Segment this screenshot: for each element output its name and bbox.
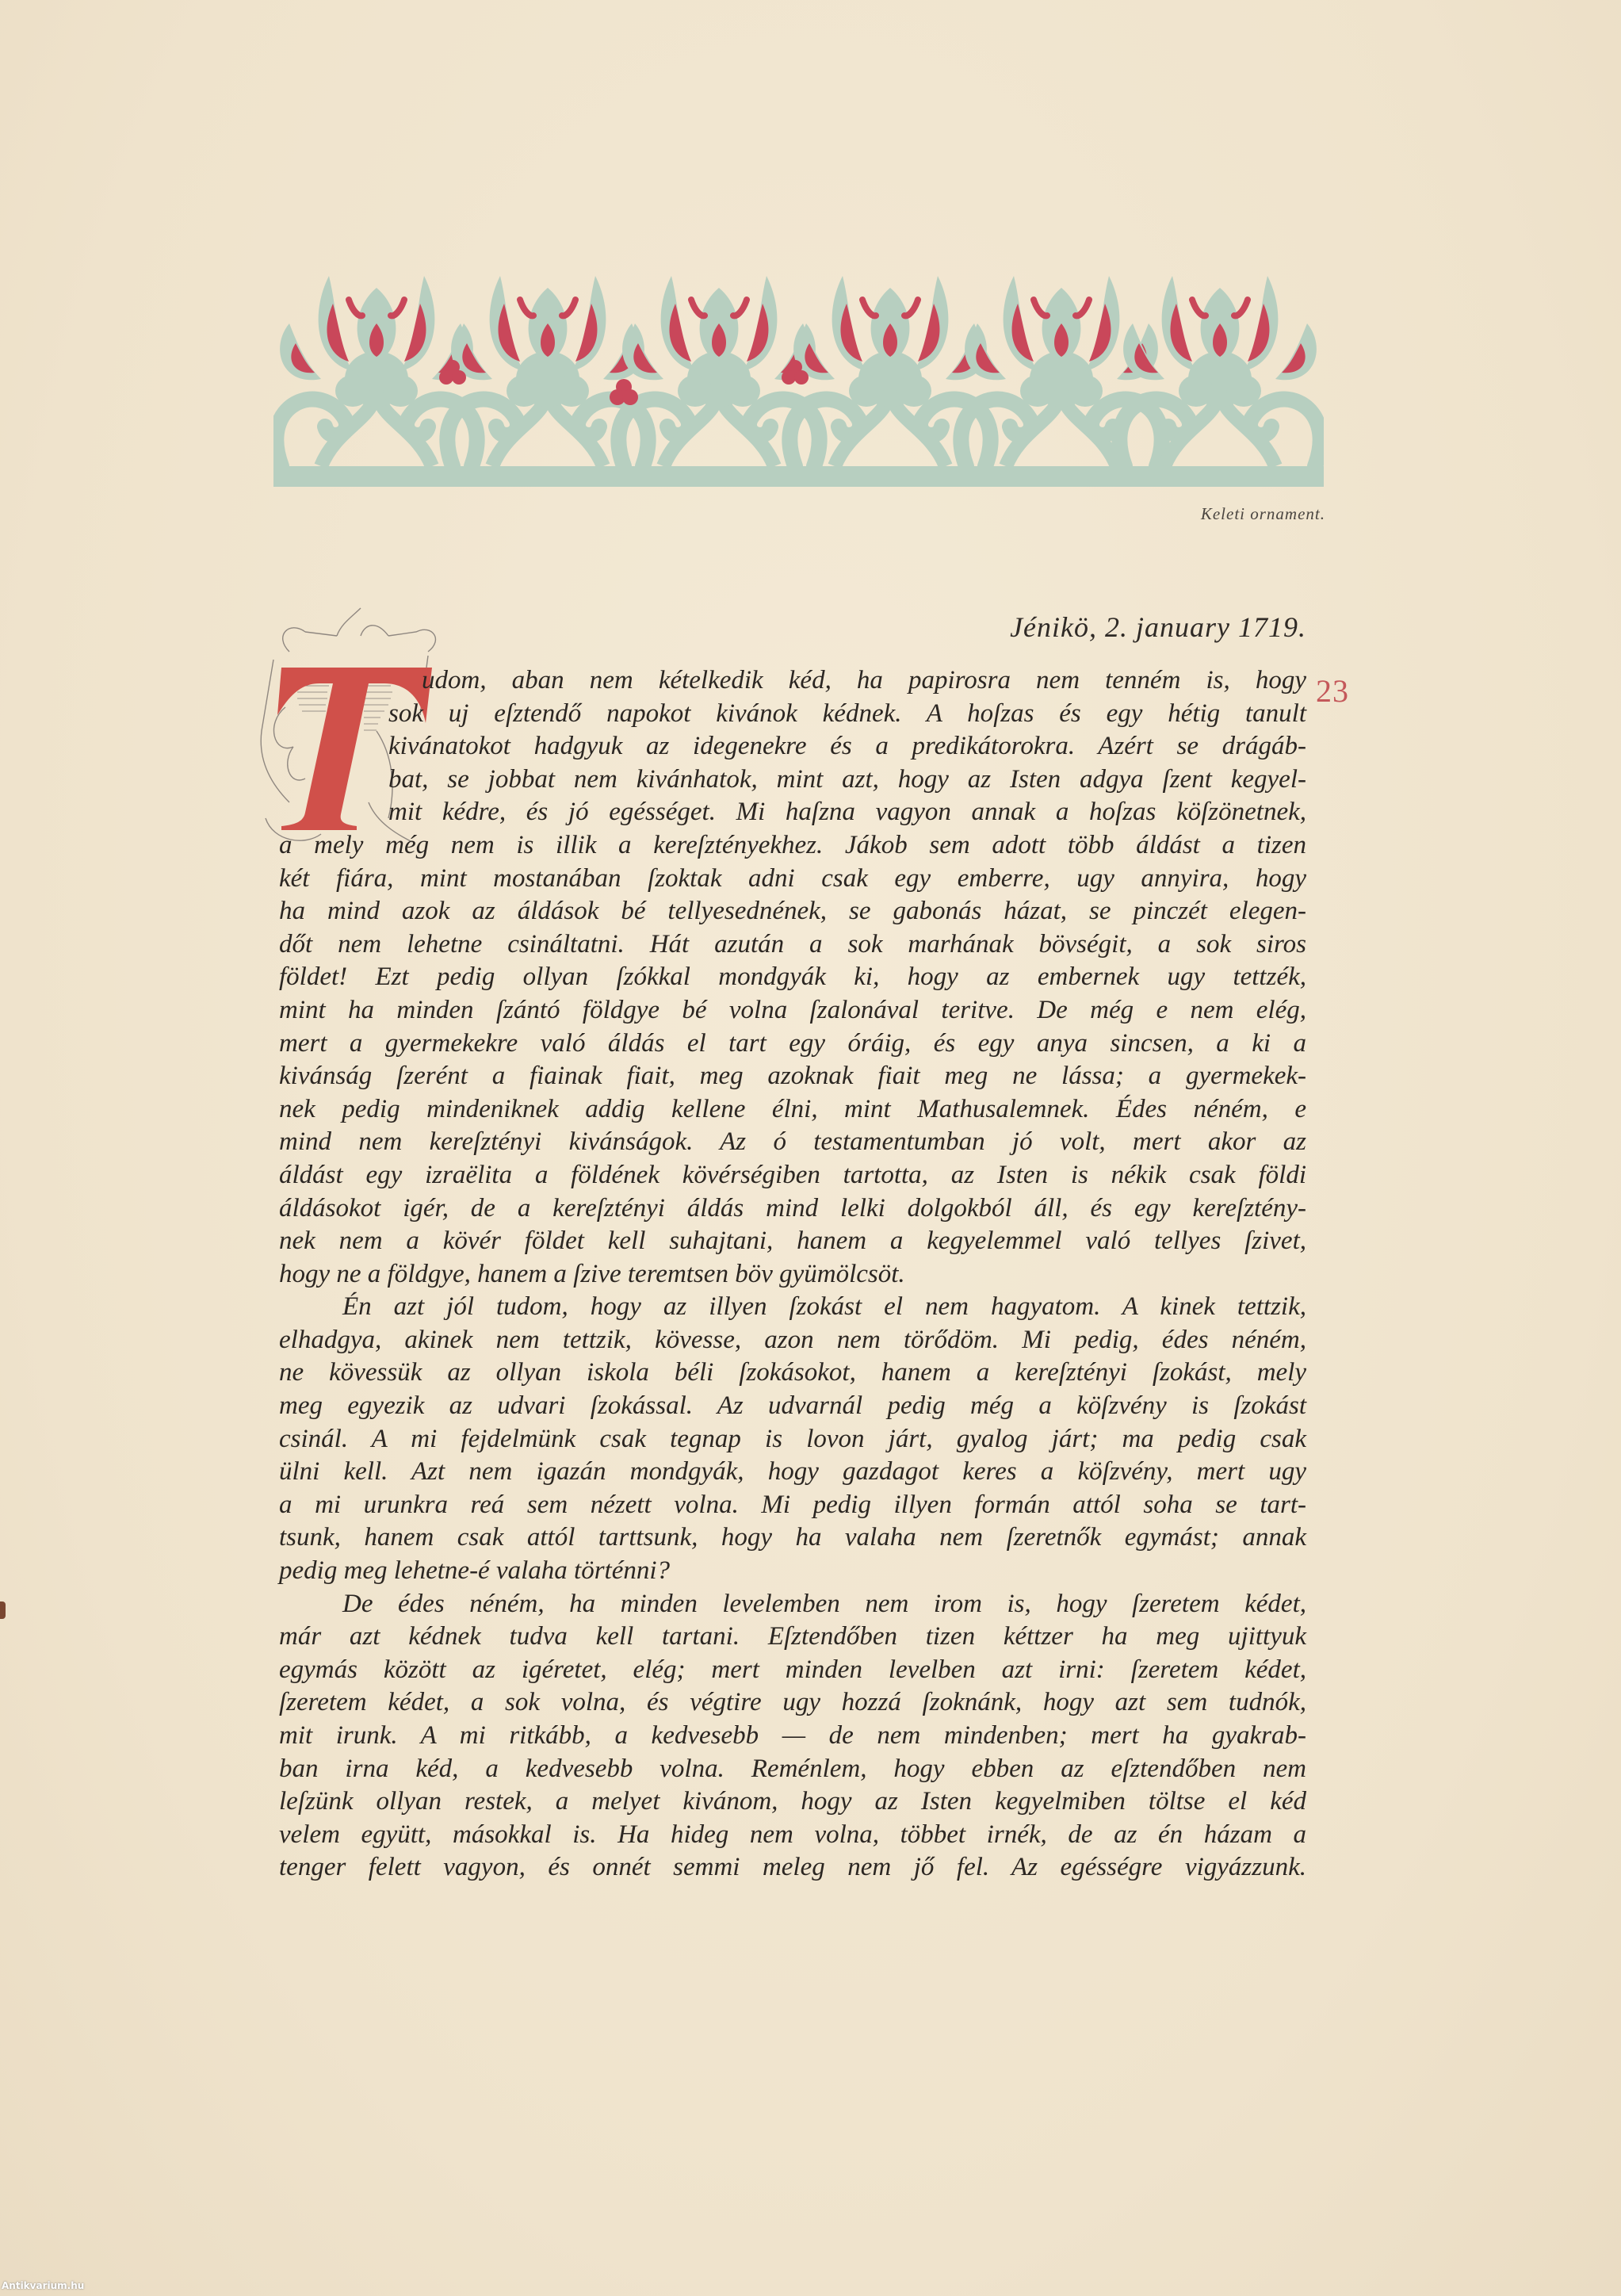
text-line: tenger felett vagyon, és onnét semmi mel…: [279, 1851, 1306, 1885]
text-line: mert a gyermekekre való áldás el tart eg…: [279, 1027, 1306, 1061]
watermark: Antikvarium.hu: [2, 2280, 84, 2291]
text-line: a mi urunkra reá sem nézett volna. Mi pe…: [279, 1489, 1306, 1522]
text-line: nek pedig mindeniknek addig kellene élni…: [279, 1093, 1306, 1127]
ornament-caption: Keleti ornament.: [1157, 504, 1325, 524]
text-line: két fiára, mint mostanában ſzoktak adni …: [279, 863, 1306, 896]
text-line: egymás között az igéretet, elég; mert mi…: [279, 1654, 1306, 1687]
text-line: tsunk, hanem csak attól tarttsunk, hogy …: [279, 1521, 1306, 1555]
text-line: udom, aban nem kételkedik kéd, ha papiro…: [279, 664, 1306, 698]
ornament-base-bar: [273, 466, 1324, 487]
letter-dateline: Jénikö, 2. january 1719.: [872, 610, 1306, 644]
text-line: nek nem a kövér földet kell suhajtani, h…: [279, 1225, 1306, 1258]
text-line: ſzeretem kédet, a sok volna, és végtire …: [279, 1686, 1306, 1720]
letter-body: udom, aban nem kételkedik kéd, ha papiro…: [279, 664, 1306, 1885]
page-number: 23: [1316, 672, 1349, 710]
text-line: De édes néném, ha minden levelemben nem …: [279, 1588, 1306, 1621]
text-line: sok uj eſztendő napokot kivánok kédnek. …: [279, 698, 1306, 731]
text-line: ban irna kéd, a kedvesebb volna. Reménle…: [279, 1753, 1306, 1786]
text-line: csinál. A mi fejdelmünk csak tegnap is l…: [279, 1423, 1306, 1456]
text-line: mit kédre, és jó egésséget. Mi haſzna va…: [279, 796, 1306, 829]
text-line: ha mind azok az áldások bé tellyesednéne…: [279, 895, 1306, 928]
text-line: mit irunk. A mi ritkább, a kedvesebb — d…: [279, 1720, 1306, 1753]
text-line: hogy ne a földgye, hanem a ſzive teremts…: [279, 1258, 1306, 1291]
text-line: leſzünk ollyan restek, a melyet kivánom,…: [279, 1785, 1306, 1819]
text-line: a mely még nem is illik a kereſztényekhe…: [279, 829, 1306, 863]
text-line: pedig meg lehetne-é valaha történni?: [279, 1555, 1306, 1588]
text-line: velem együtt, másokkal is. Ha hideg nem …: [279, 1819, 1306, 1852]
text-line: dőt nem lehetne csináltatni. Hát azután …: [279, 928, 1306, 962]
text-line: földet! Ezt pedig ollyan ſzókkal mondgyá…: [279, 961, 1306, 994]
oriental-ornament-band: [273, 268, 1324, 490]
text-line: áldást egy izraëlita a földének kövérség…: [279, 1159, 1306, 1192]
text-line: már azt kédnek tudva kell tartani. Eſzte…: [279, 1621, 1306, 1654]
paper-stain: [0, 1601, 6, 1619]
text-line: ne kövessük az ollyan iskola béli ſzokás…: [279, 1357, 1306, 1390]
text-line: kivánatokot hadgyuk az idegenekre és a p…: [279, 730, 1306, 763]
text-line: Én azt jól tudom, hogy az illyen ſzokást…: [279, 1291, 1306, 1324]
text-line: kivánság ſzerént a fiainak fiait, meg az…: [279, 1060, 1306, 1093]
text-line: bat, se jobbat nem kivánhatok, mint azt,…: [279, 763, 1306, 797]
text-line: mind nem kereſztényi kivánságok. Az ó te…: [279, 1126, 1306, 1159]
text-line: mint ha minden ſzántó földgye bé volna ſ…: [279, 994, 1306, 1027]
text-line: elhadgya, akinek nem tettzik, kövesse, a…: [279, 1324, 1306, 1357]
text-line: meg egyezik az udvari ſzokással. Az udva…: [279, 1390, 1306, 1423]
text-line: áldásokot igér, de a kereſztényi áldás m…: [279, 1192, 1306, 1226]
ornament-motif-6: [1119, 276, 1320, 466]
text-line: ülni kell. Azt nem igazán mondgyák, hogy…: [279, 1456, 1306, 1489]
